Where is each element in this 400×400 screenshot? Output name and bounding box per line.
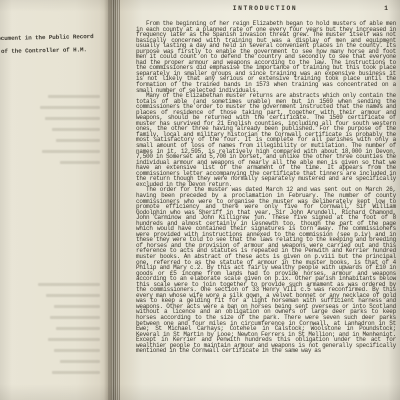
show-through-line: [45, 117, 100, 120]
paragraph-2: Many of the Elizabethan muster returns a…: [136, 93, 396, 187]
body-text: From the beginning of her reign Elizabet…: [136, 21, 396, 354]
show-through-line: [48, 338, 100, 341]
show-through-text-upper: [0, 95, 100, 172]
show-through-line: [54, 349, 100, 352]
show-through-line: [56, 139, 100, 142]
show-through-line: [56, 327, 100, 330]
stacked-page-edges: [112, 0, 120, 400]
copyright-fragment: document in the Public Record n of the C…: [0, 30, 106, 58]
show-through-line: [46, 294, 100, 297]
left-page: document in the Public Record n of the C…: [0, 0, 108, 400]
show-through-text-lower: [0, 283, 100, 382]
show-through-line: [60, 161, 100, 164]
show-through-line: [54, 305, 100, 308]
show-through-line: [42, 150, 100, 153]
book-photo: document in the Public Record n of the C…: [0, 0, 400, 400]
show-through-line: [60, 360, 100, 363]
show-through-line: [48, 95, 100, 98]
copyright-fragment-line1: document in the Public Record: [0, 30, 106, 45]
show-through-line: [52, 371, 100, 374]
show-through-line: [40, 106, 100, 109]
right-page: INTRODUCTION 1 From the beginning of her…: [120, 0, 400, 400]
show-through-line: [50, 316, 100, 319]
paragraph-1: From the beginning of her reign Elizabet…: [136, 21, 396, 93]
copyright-fragment-line2: n of the Controller of H.M.: [0, 43, 106, 58]
page-number: 1: [384, 5, 388, 12]
show-through-line: [38, 283, 100, 286]
show-through-line: [52, 128, 100, 131]
running-head: INTRODUCTION: [135, 5, 395, 12]
paragraph-3: The order for the muster was dated March…: [136, 187, 396, 353]
